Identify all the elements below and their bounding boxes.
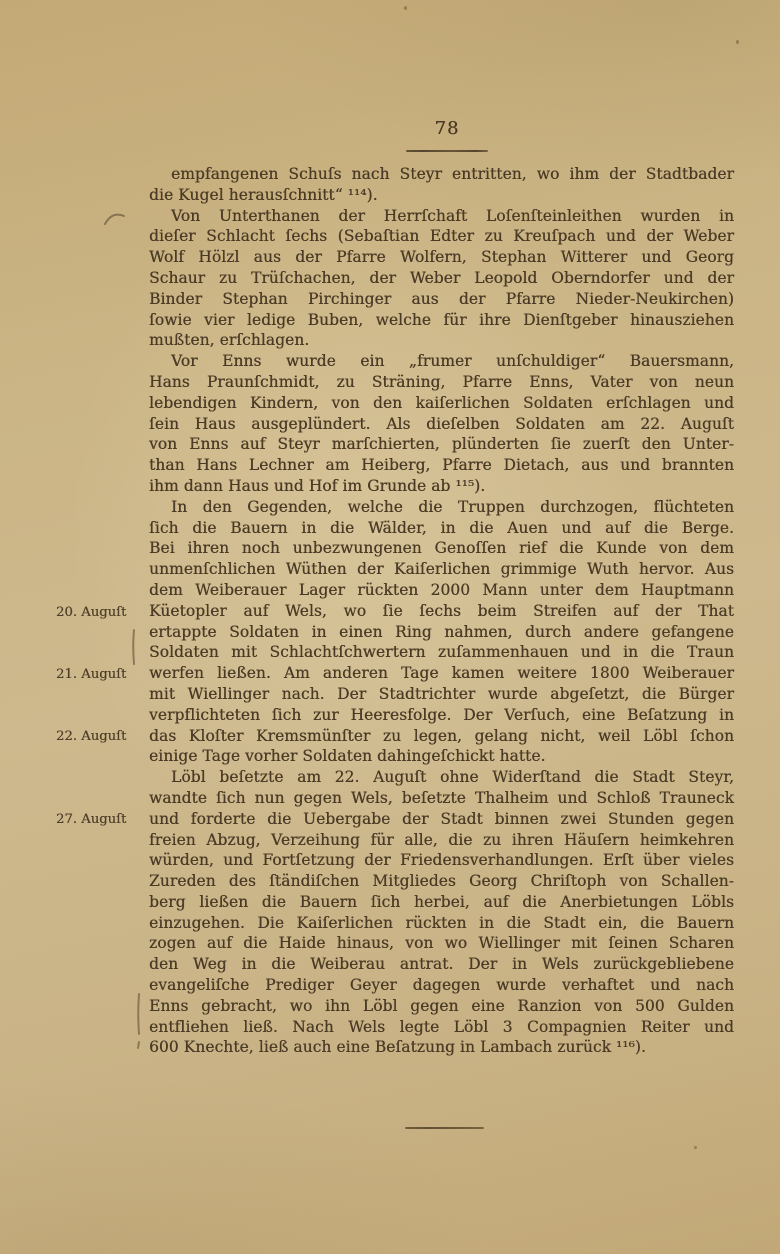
text-line: Vor Enns wurde ein „frumer unſchuldiger“… bbox=[149, 351, 734, 372]
text-line: evangeliſche Prediger Geyer dagegen wurd… bbox=[149, 975, 734, 996]
text-line: In den Gegenden, welche die Truppen durc… bbox=[149, 497, 734, 518]
paper-speck bbox=[404, 6, 407, 10]
text-line: und forderte die Uebergabe der Stadt bin… bbox=[149, 809, 734, 830]
text-line: ertappte Soldaten in einen Ring nahmen, … bbox=[149, 622, 734, 643]
text-line: das Kloſter Kremsmünſter zu legen, gelan… bbox=[149, 726, 734, 747]
text-line: unmenſchlichen Wüthen der Kaiſerlichen g… bbox=[149, 559, 734, 580]
text-line: Bei ihren noch unbezwungenen Genoſſen ri… bbox=[149, 538, 734, 559]
text-block: empfangenen Schuſs nach Steyr entritten,… bbox=[149, 164, 734, 1058]
page-number: 78 bbox=[406, 118, 488, 144]
text-line: zogen auf die Haide hinaus, von wo Wiell… bbox=[149, 933, 734, 954]
text-line: than Hans Lechner am Heiberg, Pfarre Die… bbox=[149, 455, 734, 476]
text-line: den Weg in die Weiberau antrat. Der in W… bbox=[149, 954, 734, 975]
text-line: wandte ſich nun gegen Wels, beſetzte Tha… bbox=[149, 788, 734, 809]
text-line: verpflichteten ſich zur Heeresfolge. Der… bbox=[149, 705, 734, 726]
text-line: entfliehen ließ. Nach Wels legte Löbl 3 … bbox=[149, 1017, 734, 1038]
text-line: empfangenen Schuſs nach Steyr entritten,… bbox=[149, 164, 734, 185]
text-line: dem Weiberauer Lager rückten 2000 Mann u… bbox=[149, 580, 734, 601]
section-divider-rule bbox=[405, 1127, 484, 1129]
text-line: ſowie vier ledige Buben, welche für ihre… bbox=[149, 310, 734, 331]
pencil-vertical-mark bbox=[129, 628, 139, 666]
text-line: berg ließen die Bauern ſich herbei, auf … bbox=[149, 892, 734, 913]
text-line: Küetopler auf Wels, wo ſie ſechs beim St… bbox=[149, 601, 734, 622]
text-line: Von Unterthanen der Herrſchaft Loſenſtei… bbox=[149, 206, 734, 227]
text-line: mußten, erſchlagen. bbox=[149, 330, 734, 351]
margin-note-date: 20. Auguſt bbox=[56, 603, 146, 623]
text-line: Soldaten mit Schlachtſchwertern zuſammen… bbox=[149, 642, 734, 663]
text-line: von Enns auf Steyr marſchierten, plünder… bbox=[149, 434, 734, 455]
paper-speck bbox=[736, 40, 739, 44]
text-line: ſich die Bauern in die Wälder, in die Au… bbox=[149, 518, 734, 539]
text-line: Binder Stephan Pirchinger aus der Pfarre… bbox=[149, 289, 734, 310]
margin-note-date: 22. Auguſt bbox=[56, 727, 146, 747]
scanned-book-page: { "page": { "number": "78" }, "margin_no… bbox=[0, 0, 780, 1254]
text-line: Enns gebracht, wo ihn Löbl gegen eine Ra… bbox=[149, 996, 734, 1017]
text-line: würden, und Fortſetzung der Friedensverh… bbox=[149, 850, 734, 871]
text-line: mit Wiellinger nach. Der Stadtrichter wu… bbox=[149, 684, 734, 705]
text-line: ihm dann Haus und Hof im Grunde ab ¹¹⁵). bbox=[149, 476, 734, 497]
text-line: Löbl beſetzte am 22. Auguſt ohne Widerſt… bbox=[149, 767, 734, 788]
text-line: einige Tage vorher Soldaten dahingeſchic… bbox=[149, 746, 734, 767]
paper-speck bbox=[694, 1146, 697, 1149]
text-line: Zureden des ſtändiſchen Mitgliedes Georg… bbox=[149, 871, 734, 892]
page-number-rule bbox=[406, 150, 488, 152]
text-line: die Kugel herausſchnitt“ ¹¹⁴). bbox=[149, 185, 734, 206]
pencil-vertical-mark bbox=[134, 992, 144, 1052]
text-line: dieſer Schlacht ſechs (Sebaſtian Edter z… bbox=[149, 226, 734, 247]
text-line: einzugehen. Die Kaiſerlichen rückten in … bbox=[149, 913, 734, 934]
text-line: Hans Praunſchmidt, zu Sträning, Pfarre E… bbox=[149, 372, 734, 393]
text-line: ſein Haus ausgeplündert. Als dieſelben S… bbox=[149, 414, 734, 435]
text-line: freien Abzug, Verzeihung für alle, die z… bbox=[149, 830, 734, 851]
pencil-caret-mark bbox=[103, 209, 127, 227]
text-line: Wolf Hölzl aus der Pfarre Wolfern, Steph… bbox=[149, 247, 734, 268]
text-line: werfen ließen. Am anderen Tage kamen wei… bbox=[149, 663, 734, 684]
margin-note-date: 27. Auguſt bbox=[56, 810, 146, 830]
text-line: 600 Knechte, ließ auch eine Beſatzung in… bbox=[149, 1037, 734, 1058]
text-line: Schaur zu Trüſchachen, der Weber Leopold… bbox=[149, 268, 734, 289]
margin-note-date: 21. Auguſt bbox=[56, 665, 146, 685]
text-line: lebendigen Kindern, von den kaiſerlichen… bbox=[149, 393, 734, 414]
